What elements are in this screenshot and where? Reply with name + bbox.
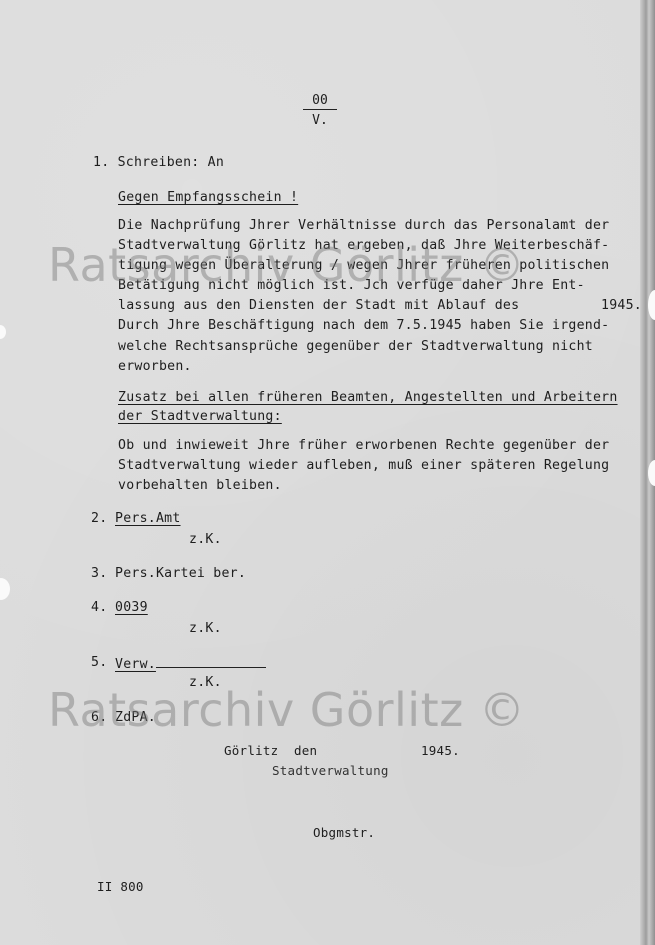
- supplement-heading: der Stadtverwaltung:: [118, 407, 282, 427]
- document-page: 00 V. 1. Schreiben: An Gegen Empfangssch…: [0, 0, 640, 945]
- footer-code: II 800: [97, 877, 144, 897]
- item-text: Pers.Amt: [115, 509, 181, 529]
- closing-year: 1945.: [421, 741, 460, 761]
- supplement-line: Stadtverwaltung wieder aufleben, muß ein…: [118, 456, 609, 476]
- body-line: Die Nachprüfung Jhrer Verhältnisse durch…: [118, 216, 609, 236]
- item-text: 0039: [115, 598, 148, 618]
- blank-line: [156, 653, 266, 668]
- item-1-note: Gegen Empfangsschein !: [118, 188, 298, 208]
- supplement-line: vorbehalten bleiben.: [118, 476, 282, 496]
- body-line: erworben.: [118, 357, 192, 377]
- item-text-wrap: Verw.: [115, 653, 266, 675]
- watermark: Ratsarchiv Görlitz ©: [48, 683, 525, 737]
- dismissal-year: 1945.: [601, 296, 642, 316]
- item-number: 4.: [91, 598, 107, 618]
- file-number-denominator: V.: [303, 110, 337, 132]
- edge-tear: [648, 460, 655, 486]
- body-line: Durch Jhre Beschäftigung nach dem 7.5.19…: [118, 316, 609, 336]
- closing-place-date: Görlitz den: [224, 741, 317, 761]
- item-sub: z.K.: [189, 619, 222, 639]
- body-line: welche Rechtsansprüche gegenüber der Sta…: [118, 337, 593, 357]
- edge-tear: [648, 290, 655, 320]
- body-line: lassung aus den Diensten der Stadt mit A…: [118, 296, 519, 316]
- closing-authority: Stadtverwaltung: [272, 761, 389, 781]
- supplement-heading: Zusatz bei allen früheren Beamten, Anges…: [118, 388, 618, 408]
- item-text: Pers.Kartei ber.: [115, 564, 246, 584]
- signatory: Obgmstr.: [313, 823, 375, 843]
- item-number: 2.: [91, 509, 107, 529]
- file-number-numerator: 00: [303, 92, 337, 110]
- watermark: Ratsarchiv Görlitz ©: [48, 238, 525, 292]
- item-number: 5.: [91, 653, 107, 673]
- item-text: Verw.: [115, 657, 156, 672]
- item-sub: z.K.: [189, 530, 222, 550]
- supplement-line: Ob und inwieweit Jhre früher erworbenen …: [118, 436, 609, 456]
- item-1-label: 1. Schreiben: An: [93, 153, 224, 173]
- file-number: 00 V.: [303, 92, 337, 132]
- item-number: 3.: [91, 564, 107, 584]
